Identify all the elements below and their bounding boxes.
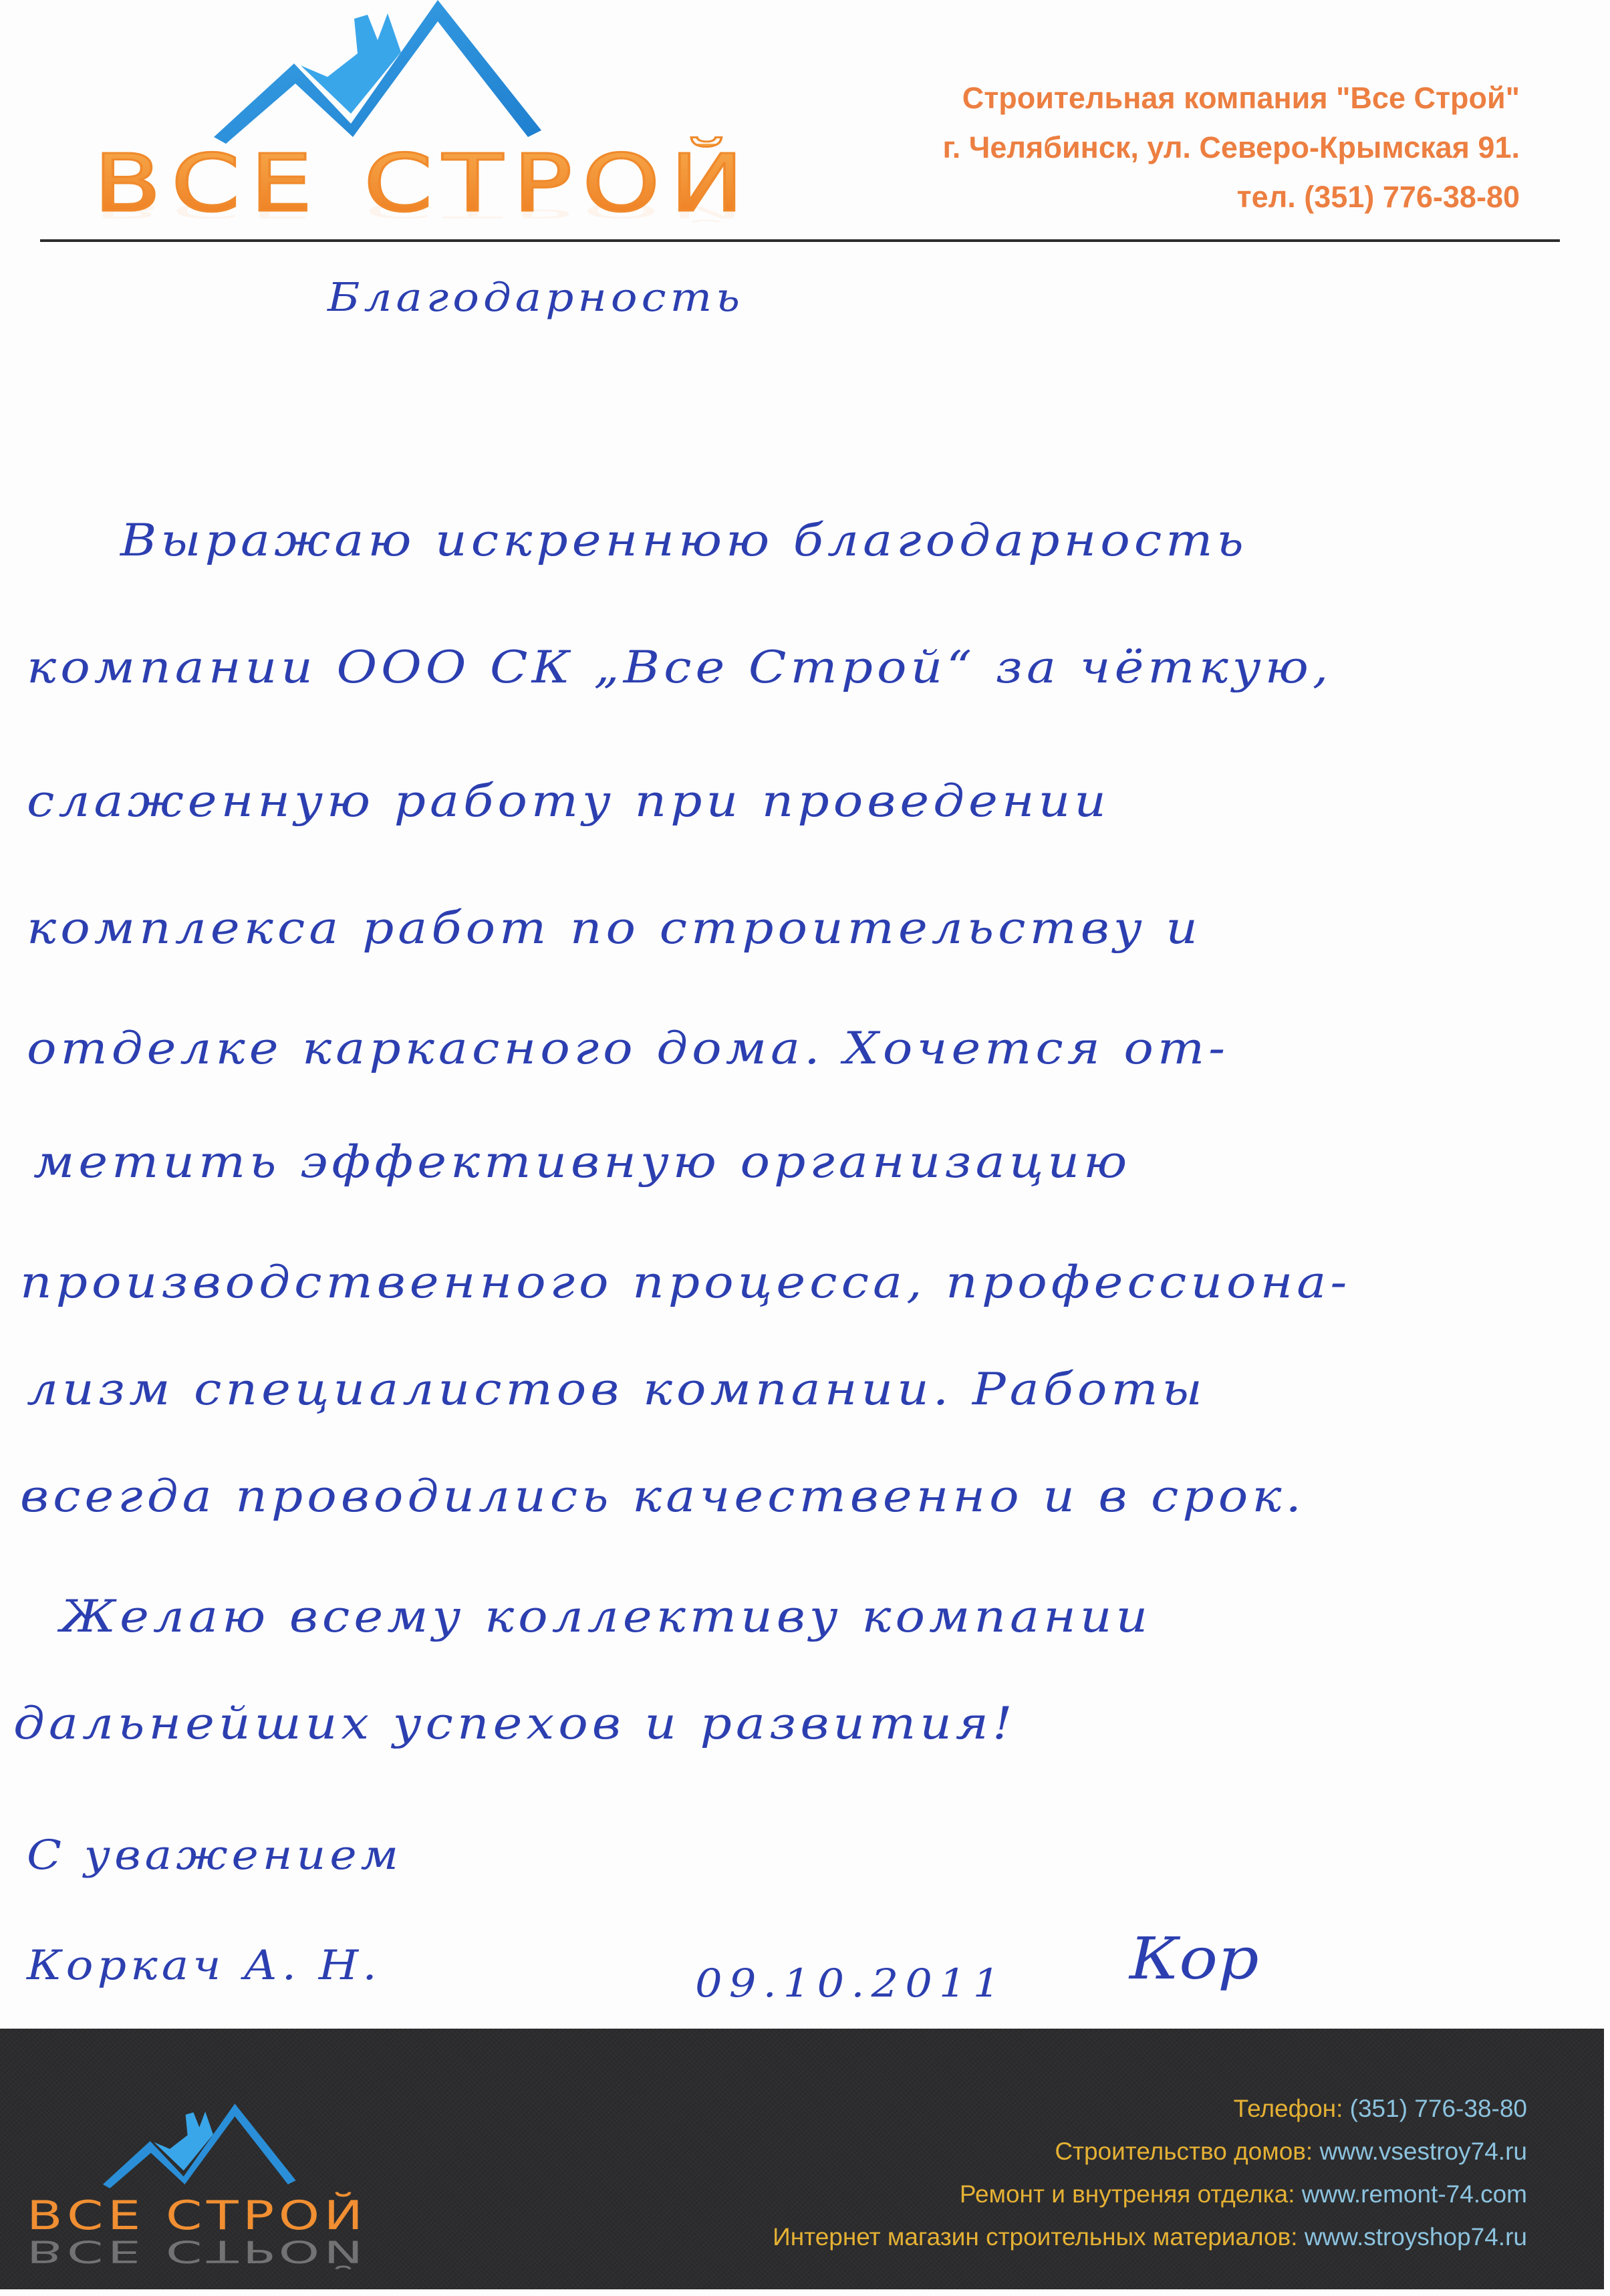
website-link[interactable]: www.stroyshop74.ru: [1305, 2223, 1527, 2251]
letter-line: метить эффективную организацию: [33, 1136, 1131, 1188]
contact-label: Строительство домов:: [1055, 2138, 1319, 2165]
letter-line: всегда проводились качественно и в срок.: [20, 1471, 1305, 1522]
letter-line: лизм специалистов компании. Работы: [27, 1364, 1206, 1415]
footer-repair-link: Ремонт и внутреняя отделка: www.remont-7…: [773, 2173, 1527, 2216]
letter-line: Выражаю искреннюю благодарность: [120, 515, 1248, 566]
footer-logo: ВСЕ СТРОЙ ВСЕ СТРОЙ: [20, 2079, 421, 2279]
company-address: г. Челябинск, ул. Северо-Крымская 91.: [942, 123, 1520, 172]
roof-logo-icon: [99, 2099, 319, 2199]
signer-name: Коркач А. Н.: [27, 1942, 381, 1989]
letter-line: Желаю всему коллективу компании: [60, 1591, 1152, 1642]
letter-title: Благодарность: [327, 274, 744, 320]
company-info: Строительная компания "Все Строй" г. Чел…: [942, 74, 1520, 222]
roof-logo-icon: [207, 0, 581, 154]
letter-line: отделке каркасного дома. Хочется от-: [27, 1023, 1229, 1074]
letter-date: 09.10.2011: [695, 1962, 1007, 2007]
contact-label: Ремонт и внутреняя отделка:: [960, 2180, 1302, 2208]
letter-closing: С уважением: [27, 1831, 402, 1879]
contact-label: Телефон:: [1234, 2095, 1350, 2122]
logo-wordmark-reflection: ВСЕ СТРОЙ: [94, 201, 754, 221]
footer-contacts: Телефон: (351) 776-38-80 Строительство д…: [773, 2087, 1527, 2259]
contact-value: (351) 776-38-80: [1350, 2095, 1527, 2122]
letter-line: компании ООО СК „Все Строй“ за чёткую,: [27, 642, 1332, 693]
footer-shop-link: Интернет магазин строительных материалов…: [773, 2216, 1527, 2259]
header-divider: [40, 239, 1560, 242]
company-name: Строительная компания "Все Строй": [942, 74, 1520, 123]
footer-houses-link: Строительство домов: www.vsestroy74.ru: [773, 2130, 1527, 2173]
letter-line: комплекса работ по строительству и: [27, 902, 1202, 954]
website-link[interactable]: www.remont-74.com: [1302, 2180, 1527, 2208]
contact-label: Интернет магазин строительных материалов…: [773, 2223, 1305, 2251]
footer-logo-wordmark: ВСЕ СТРОЙ: [27, 2196, 367, 2236]
letter-line: дальнейших успехов и развития!: [13, 1698, 1017, 1749]
signature: Кор: [1129, 1925, 1259, 1993]
footer-phone: Телефон: (351) 776-38-80: [773, 2087, 1527, 2130]
letter-line: производственного процесса, профессиона-: [20, 1257, 1351, 1308]
company-phone: тел. (351) 776-38-80: [942, 172, 1520, 222]
letter-line: слаженную работу при проведении: [27, 775, 1110, 827]
website-link[interactable]: www.vsestroy74.ru: [1320, 2138, 1528, 2165]
footer-banner: ВСЕ СТРОЙ ВСЕ СТРОЙ Телефон: (351) 776-3…: [0, 2029, 1604, 2289]
footer-logo-reflection: ВСЕ СТРОЙ: [27, 2236, 367, 2266]
company-logo: ВСЕ СТРОЙ ВСЕ СТРОЙ: [80, 0, 735, 227]
